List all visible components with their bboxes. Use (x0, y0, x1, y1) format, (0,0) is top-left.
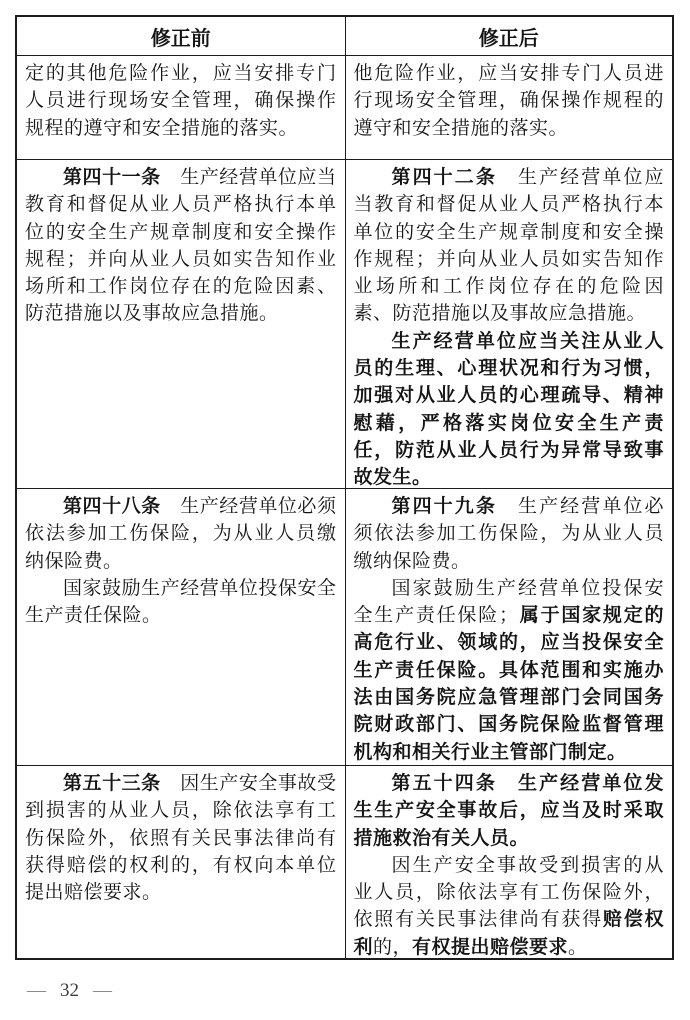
paragraph: 第五十四条 生产经营单位发生生产安全事故后，应当及时采取措施救治有关人员。 (354, 770, 665, 852)
paragraph: 他危险作业，应当安排专门人员进行现场安全管理，确保操作规程的遵守和安全措施的落实… (354, 60, 665, 142)
paragraph: 第四十九条 生产经营单位必须依法参加工伤保险，为从业人员缴纳保险费。 (354, 493, 665, 575)
bold-text-segment: 第四十九条 (392, 496, 519, 517)
after-cell-row-2: 第四十二条 生产经营单位应当教育和督促从业人员严格执行本单位的安全生产规章制度和… (345, 160, 673, 488)
after-cell-row-1: 他危险作业，应当安排专门人员进行现场安全管理，确保操作规程的遵守和安全措施的落实… (345, 56, 673, 159)
bold-text-segment: 第五十三条 (63, 773, 180, 794)
after-cell-row-3: 第四十九条 生产经营单位必须依法参加工伤保险，为从业人员缴纳保险费。国家鼓励生产… (345, 489, 673, 765)
comparison-table: 修正前 修正后 定的其他危险作业，应当安排专门人员进行现场安全管理，确保操作规程… (15, 15, 674, 960)
column-header-after: 修正后 (345, 17, 673, 55)
before-cell-row-2: 第四十一条 生产经营单位应当教育和督促从业人员严格执行本单位的安全生产规章制度和… (17, 160, 345, 488)
bold-text-segment: 有权提出赔偿要求 (412, 937, 568, 958)
paragraph: 生产经营单位应当关注从业人员的生理、心理状况和行为习惯，加强对从业人员的心理疏导… (354, 328, 665, 488)
bold-text-segment: 属于国家规定的高危行业、领域的，应当投保安全生产责任保险。具体范围和实施办法由国… (354, 605, 665, 762)
after-cell-row-4: 第五十四条 生产经营单位发生生产安全事故后，应当及时采取措施救治有关人员。因生产… (345, 766, 673, 958)
bold-text-segment: 第四十一条 (63, 167, 180, 188)
page-number: 32 (60, 980, 79, 1002)
text-segment: 国家鼓励生产经营单位投保安全生产责任保险。 (25, 578, 337, 626)
page-footer: — 32 — (27, 980, 112, 1002)
table-row-3: 第四十八条 生产经营单位必须依法参加工伤保险，为从业人员缴纳保险费。国家鼓励生产… (17, 488, 672, 765)
footer-right-dash: — (93, 980, 112, 1002)
bold-text-segment: 第五十四条 (392, 773, 519, 794)
table-row-2: 第四十一条 生产经营单位应当教育和督促从业人员严格执行本单位的安全生产规章制度和… (17, 159, 672, 488)
table-row-1: 定的其他危险作业，应当安排专门人员进行现场安全管理，确保操作规程的遵守和安全措施… (17, 55, 672, 159)
paragraph: 第四十八条 生产经营单位必须依法参加工伤保险，为从业人员缴纳保险费。 (25, 493, 337, 575)
footer-left-dash: — (27, 980, 46, 1002)
text-segment: 定的其他危险作业，应当安排专门人员进行现场安全管理，确保操作规程的遵守和安全措施… (25, 63, 337, 139)
paragraph: 定的其他危险作业，应当安排专门人员进行现场安全管理，确保操作规程的遵守和安全措施… (25, 60, 337, 142)
before-cell-row-1: 定的其他危险作业，应当安排专门人员进行现场安全管理，确保操作规程的遵守和安全措施… (17, 56, 345, 159)
bold-text-segment: 生产经营单位应当关注从业人员的生理、心理状况和行为习惯，加强对从业人员的心理疏导… (354, 331, 665, 488)
bold-text-segment: 第四十八条 (63, 496, 180, 517)
before-cell-row-4: 第五十三条 因生产安全事故受到损害的从业人员，除依法享有工伤保险外，依照有关民事… (17, 766, 345, 958)
paragraph: 第五十三条 因生产安全事故受到损害的从业人员，除依法享有工伤保险外，依照有关民事… (25, 770, 337, 906)
paragraph: 因生产安全事故受到损害的从业人员，除依法享有工伤保险外，依照有关民事法律尚有获得… (354, 852, 665, 958)
text-segment: 生产经营单位应当教育和督促从业人员严格执行本单位的安全生产规章制度和安全操作规程… (354, 167, 665, 324)
paragraph: 国家鼓励生产经营单位投保安全生产责任保险。 (25, 575, 337, 630)
text-segment: 生产经营单位应当教育和督促从业人员严格执行本单位的安全生产规章制度和安全操作规程… (25, 167, 337, 324)
bold-text-segment: 第四十二条 (392, 167, 519, 188)
text-segment: 的， (373, 937, 412, 958)
column-header-before: 修正前 (17, 17, 345, 55)
paragraph: 第四十一条 生产经营单位应当教育和督促从业人员严格执行本单位的安全生产规章制度和… (25, 164, 337, 328)
text-segment: 。 (568, 937, 588, 958)
text-segment: 他危险作业，应当安排专门人员进行现场安全管理，确保操作规程的遵守和安全措施的落实… (354, 63, 665, 139)
table-header-row: 修正前 修正后 (17, 17, 672, 55)
paragraph: 第四十二条 生产经营单位应当教育和督促从业人员严格执行本单位的安全生产规章制度和… (354, 164, 665, 328)
paragraph: 国家鼓励生产经营单位投保安全生产责任保险；属于国家规定的高危行业、领域的，应当投… (354, 575, 665, 765)
before-cell-row-3: 第四十八条 生产经营单位必须依法参加工伤保险，为从业人员缴纳保险费。国家鼓励生产… (17, 489, 345, 765)
table-row-4: 第五十三条 因生产安全事故受到损害的从业人员，除依法享有工伤保险外，依照有关民事… (17, 765, 672, 958)
